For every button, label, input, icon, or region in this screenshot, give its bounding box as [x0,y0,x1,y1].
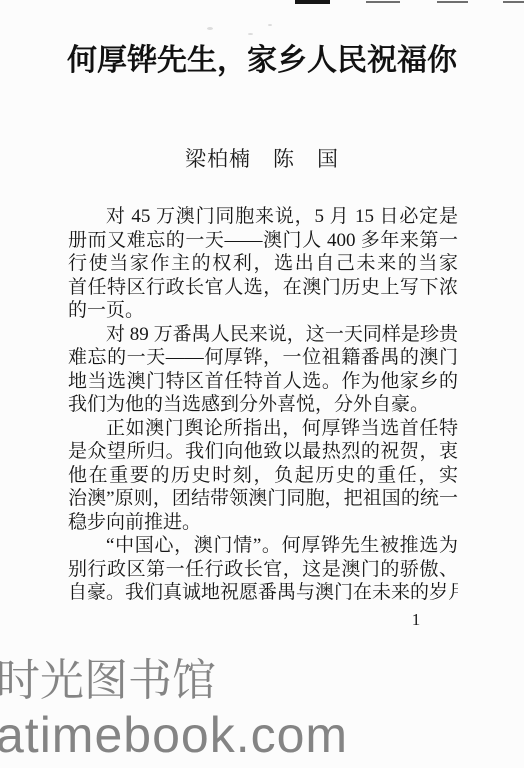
body-line: 册而又难忘的一天——澳门人 400 多年来第一次真正 [68,229,458,253]
watermark: 时光图书馆 atimebook.com [0,655,348,763]
watermark-site-url: atimebook.com [0,707,348,763]
body-line: 难忘的一天——何厚铧，一位祖籍番禺的澳门人荣幸 [68,346,458,370]
body-line: 正如澳门舆论所指出，何厚铧当选首任特首人选 [68,417,458,441]
scan-artifact-dash [503,1,524,3]
body-line: 治澳”原则，团结带领澳门同胞，把祖国的统一大业 [68,487,458,511]
body-line: 首任特区行政长官人选，在澳门历史上写下浓墨重彩 [68,276,458,300]
scan-noise-speck [248,33,253,35]
scan-noise-speck [268,24,272,26]
scan-artifact-dash [366,1,400,3]
scan-artifact-dash [295,0,330,4]
body-line: 自豪。我们真诚地祝愿番禺与澳门在未来的岁月里， [68,581,458,605]
body-line: 行使当家作主的权利，选出自己未来的当家人，选出 [68,252,458,276]
body-line: 是众望所归。我们向他致以最热烈的祝贺，衷心祝愿 [68,440,458,464]
body-line: 稳步向前推进。 [68,511,458,535]
article-authors: 梁柏楠 陈 国 [0,146,524,172]
body-line: 别行政区第一任行政长官，这是澳门的骄傲、家乡的 [68,558,458,582]
page-number: 1 [396,610,436,630]
body-line: 他在重要的历史时刻，负起历史的重任，实践“澳人 [68,464,458,488]
scan-artifact-dash [437,1,468,3]
article-body: 对 45 万澳门同胞来说，5 月 15 日必定是载入史册而又难忘的一天——澳门人… [68,205,458,605]
scanned-page: 何厚铧先生，家乡人民祝福你 梁柏楠 陈 国 对 45 万澳门同胞来说，5 月 1… [0,0,524,768]
body-line: 的一页。 [68,299,458,323]
article-title: 何厚铧先生，家乡人民祝福你 [0,42,524,80]
body-line: “中国心，澳门情”。何厚铧先生被推选为澳门特 [68,534,458,558]
scan-noise-speck [207,27,213,30]
body-line: 对 89 万番禺人民来说，这一天同样是珍贵而又 [68,323,458,347]
body-line: 对 45 万澳门同胞来说，5 月 15 日必定是载入史 [68,205,458,229]
body-line: 我们为他的当选感到分外喜悦，分外自豪。 [68,393,458,417]
watermark-site-name: 时光图书馆 [0,655,348,707]
body-line: 地当选澳门特区首任特首人选。作为他家乡的人民， [68,370,458,394]
